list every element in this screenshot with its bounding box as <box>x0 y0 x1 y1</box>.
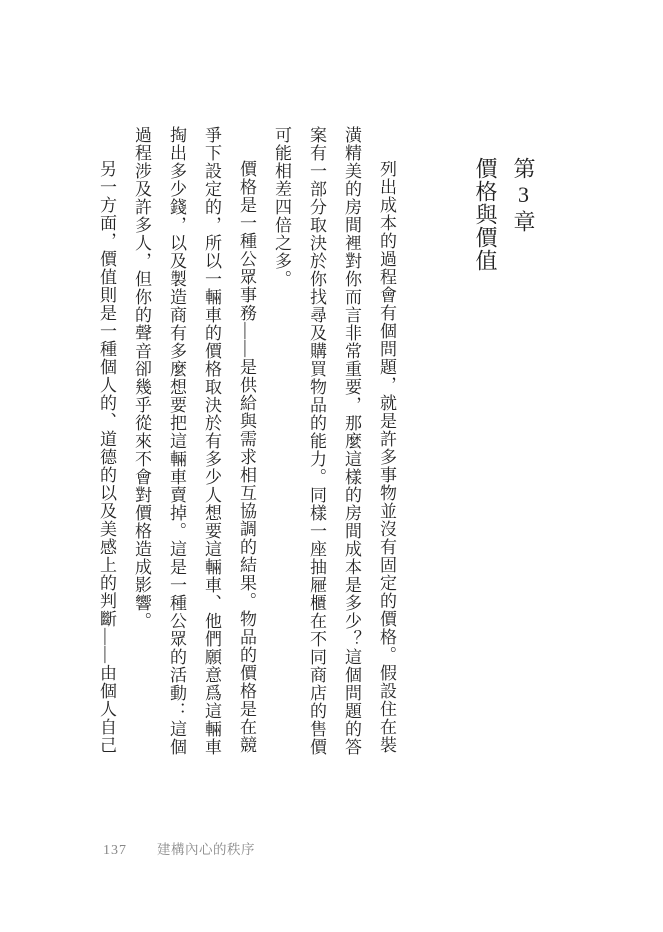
paragraph-2: 價格是一種公眾事務——是供給與需求相互協調的結果。物品的價格是在競爭下設定的，所… <box>124 126 264 759</box>
book-page: 第3章 價格與價值 列出成本的過程會有個問題，就是許多事物並沒有固定的價格。假設… <box>0 0 663 932</box>
chapter-title: 價格與價值 <box>466 157 504 457</box>
paragraph-1: 列出成本的過程會有個問題，就是許多事物並沒有固定的價格。假設住在裝潢精美的房間裡… <box>264 126 404 759</box>
chapter-heading: 第3章 價格與價值 <box>466 157 542 457</box>
chapter-number: 第3章 <box>504 157 542 457</box>
running-book-title: 建構內心的秩序 <box>157 838 255 858</box>
page-number: 137 <box>103 843 127 859</box>
page-footer: 137 建構內心的秩序 <box>103 838 255 859</box>
paragraph-3: 另一方面，價值則是一種個人的、道德的以及美感上的判斷——由個人自己 <box>89 126 124 759</box>
body-text: 列出成本的過程會有個問題，就是許多事物並沒有固定的價格。假設住在裝潢精美的房間裡… <box>87 126 404 759</box>
